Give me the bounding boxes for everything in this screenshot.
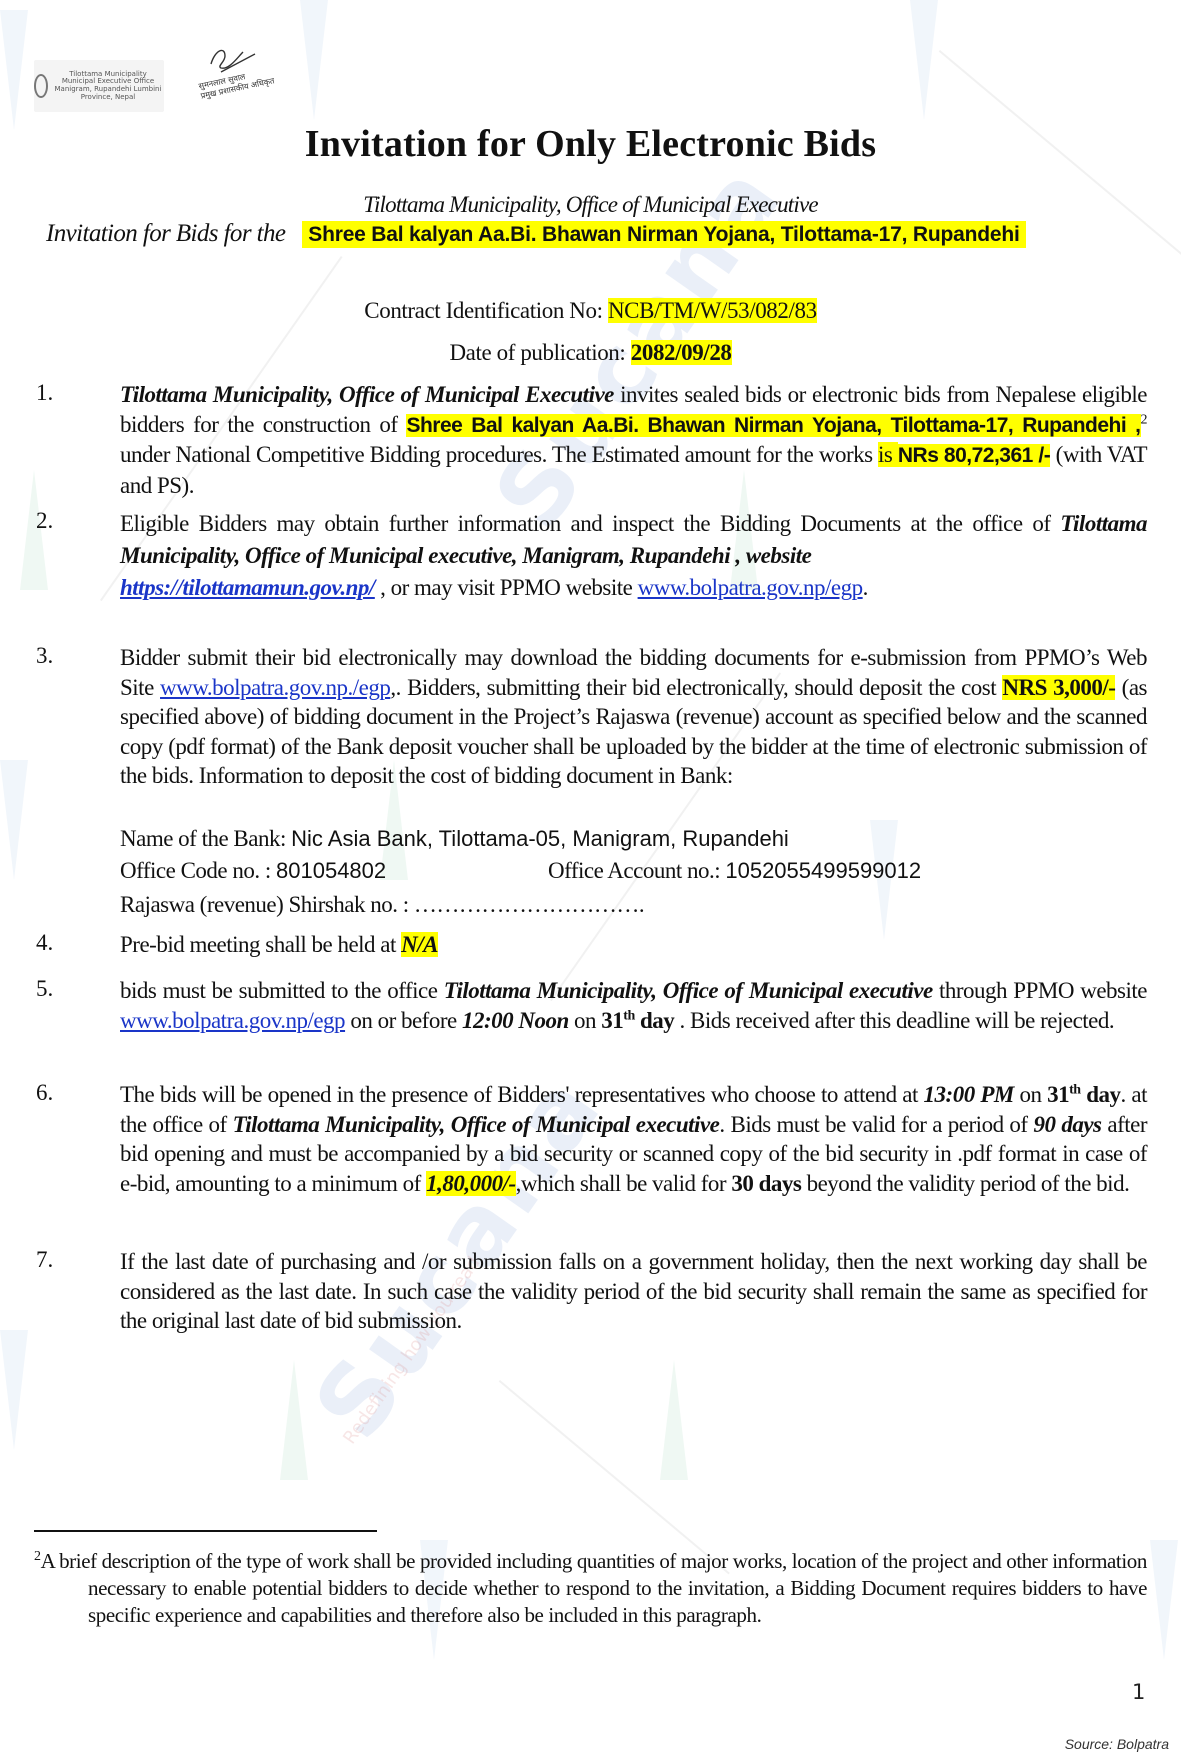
entity-name: Tilottama Municipality, Office of Munici… — [233, 1112, 720, 1137]
item-number: 2. — [36, 508, 53, 534]
page-title: Invitation for Only Electronic Bids — [0, 122, 1181, 166]
opening-day: 31th day — [1047, 1082, 1120, 1107]
bolpatra-link[interactable]: www.bolpatra.gov.np./egp — [160, 675, 390, 700]
item-number: 7. — [36, 1247, 53, 1273]
item-number: 1. — [36, 380, 53, 406]
shirshak-value: …………………………. — [414, 892, 644, 917]
watermark-line — [499, 1380, 730, 1574]
ifb-prefix: Invitation for Bids for the — [46, 220, 285, 247]
bid-validity: 90 days — [1033, 1112, 1101, 1137]
ifb-line: Invitation for Bids for the Shree Bal ka… — [46, 220, 1026, 248]
item-6: The bids will be opened in the presence … — [120, 1080, 1147, 1198]
item-number: 4. — [36, 930, 53, 956]
office-code: 801054802 — [276, 858, 386, 883]
watermark-arrow — [280, 1360, 308, 1480]
footnote-marker: 2 — [34, 1549, 41, 1564]
watermark-arrow — [1150, 1540, 1178, 1660]
page-number: 1 — [1132, 1680, 1145, 1704]
watermark-arrow — [0, 1330, 28, 1450]
signature-stamp: सुमनलाल सुवाल प्रमुख प्रशासकीय अधिकृत — [195, 42, 285, 102]
publication-date-value: 2082/09/28 — [631, 340, 732, 365]
source-credit: Source: Bolpatra — [1065, 1736, 1169, 1752]
item-5: bids must be submitted to the office Til… — [120, 976, 1147, 1035]
shirshak-line: Rajaswa (revenue) Shirshak no. : …………………… — [120, 892, 644, 918]
project-name: Shree Bal kalyan Aa.Bi. Bhawan Nirman Yo… — [302, 221, 1025, 248]
prebid-venue: N/A — [401, 932, 438, 957]
item-number: 6. — [36, 1080, 53, 1106]
project-name-inline: Shree Bal kalyan Aa.Bi. Bhawan Nirman Yo… — [406, 414, 1140, 437]
office-account-line: Office Account no.: 1052055499599012 — [548, 858, 921, 884]
office-code-line: Office Code no. : 801054802 — [120, 858, 386, 884]
footnote-text: A brief description of the type of work … — [41, 1549, 1147, 1627]
contract-id-line: Contract Identification No: NCB/TM/W/53/… — [0, 298, 1181, 324]
office-account: 1052055499599012 — [725, 858, 921, 883]
contract-id-label: Contract Identification No: — [364, 298, 608, 323]
watermark-arrow — [910, 0, 938, 120]
publication-date-line: Date of publication: 2082/09/28 — [0, 340, 1181, 366]
item-1: Tilottama Municipality, Office of Munici… — [120, 380, 1147, 500]
publication-date-label: Date of publication: — [449, 340, 630, 365]
item-7: If the last date of purchasing and /or s… — [120, 1247, 1147, 1336]
logo-text: Tilottama Municipality Municipal Executi… — [52, 71, 164, 102]
item-4: Pre-bid meeting shall be held at N/A — [120, 930, 1147, 960]
page-subtitle: Tilottama Municipality, Office of Munici… — [0, 192, 1181, 218]
document-cost: NRS 3,000/- — [1002, 675, 1115, 700]
municipality-website-link[interactable]: https://tilottamamun.gov.np/ — [120, 575, 375, 600]
emblem-icon — [34, 74, 48, 98]
municipality-logo: Tilottama Municipality Municipal Executi… — [34, 60, 164, 112]
submission-time: 12:00 Noon — [462, 1008, 569, 1033]
item-2: Eligible Bidders may obtain further info… — [120, 508, 1147, 604]
submission-day: 31th day — [601, 1008, 674, 1033]
bank-name-line: Name of the Bank: Nic Asia Bank, Tilotta… — [120, 826, 789, 852]
entity-name: Tilottama Municipality, Office of Munici… — [444, 978, 933, 1003]
footnote-ref[interactable]: 2 — [1141, 412, 1148, 427]
opening-time: 13:00 PM — [924, 1082, 1014, 1107]
footnote-divider — [34, 1530, 377, 1532]
entity-name: Tilottama Municipality, Office of Munici… — [120, 382, 614, 407]
watermark-arrow — [0, 760, 28, 880]
estimated-amount: NRs 80,72,361 /- — [898, 444, 1050, 467]
item-number: 3. — [36, 643, 53, 669]
bid-security-amount: 1,80,000/- — [426, 1171, 516, 1196]
bid-security-validity: 30 days — [731, 1171, 801, 1196]
footnote: 2A brief description of the type of work… — [34, 1548, 1147, 1629]
bolpatra-link[interactable]: www.bolpatra.gov.np/egp — [120, 1008, 345, 1033]
watermark-arrow — [0, 10, 28, 130]
watermark-arrow — [660, 1360, 688, 1480]
item-number: 5. — [36, 976, 53, 1002]
bank-name: Nic Asia Bank, Tilottama-05, Manigram, R… — [291, 826, 789, 851]
contract-id-value: NCB/TM/W/53/082/83 — [608, 298, 817, 323]
watermark-arrow — [300, 0, 328, 120]
bolpatra-link[interactable]: www.bolpatra.gov.np/egp — [638, 575, 863, 600]
item-3: Bidder submit their bid electronically m… — [120, 643, 1147, 791]
